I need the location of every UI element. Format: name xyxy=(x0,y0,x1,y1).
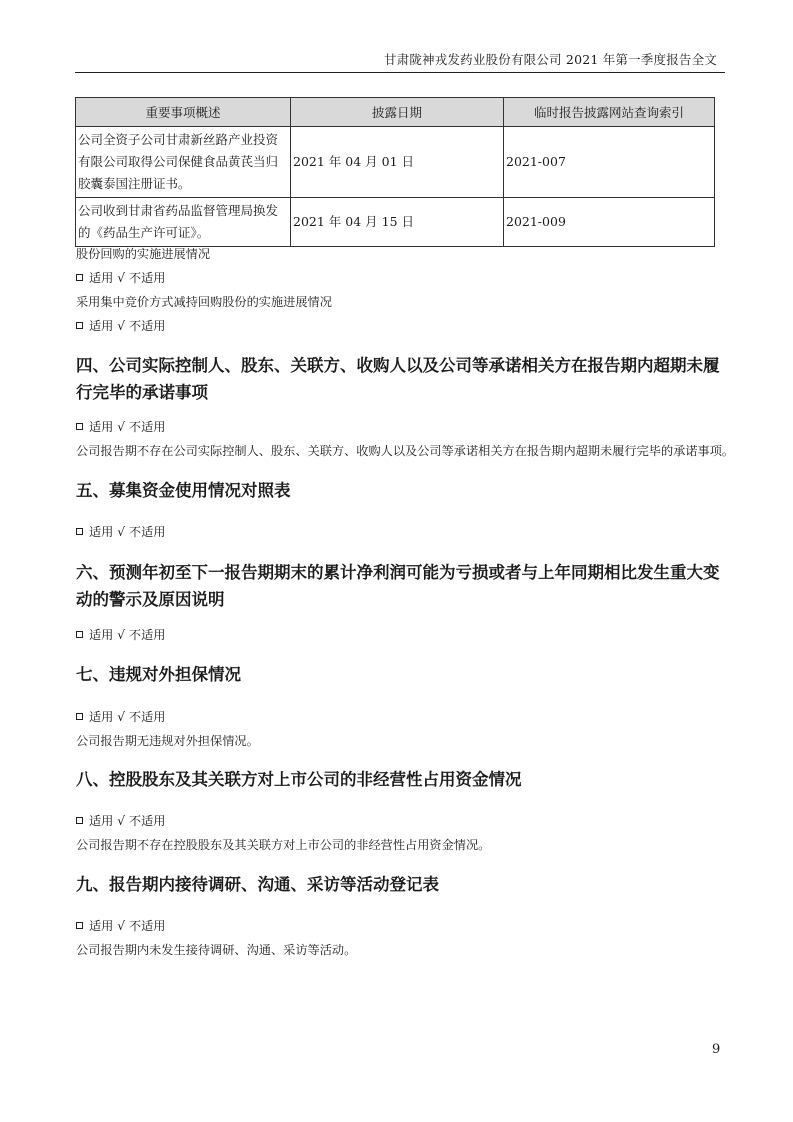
check-mark-icon: √ xyxy=(117,710,125,724)
checkbox-icon xyxy=(76,528,83,535)
checkbox-icon xyxy=(76,713,83,720)
table-row: 公司收到甘肃省药品监督管理局换发的《药品生产许可证》。 2021 年 04 月 … xyxy=(76,198,715,247)
table-row: 公司全资子公司甘肃新丝路产业投资有限公司取得公司保健食品黄芪当归胶囊泰国注册证书… xyxy=(76,127,715,198)
check-mark-icon: √ xyxy=(117,525,125,539)
table-header-row: 重要事项概述 披露日期 临时报告披露网站查询索引 xyxy=(76,98,715,127)
buyback-progress-label: 股份回购的实施进展情况 xyxy=(76,245,210,262)
page-number: 9 xyxy=(712,1042,720,1057)
section-heading-9: 九、报告期内接待调研、沟通、采访等活动登记表 xyxy=(76,871,726,898)
reduce-buyback-progress-label: 采用集中竞价方式减持回购股份的实施进展情况 xyxy=(76,293,332,310)
page-header-title: 甘肃陇神戎发药业股份有限公司 2021 年第一季度报告全文 xyxy=(384,50,717,68)
section-heading-8: 八、控股股东及其关联方对上市公司的非经营性占用资金情况 xyxy=(76,766,726,793)
cell-date: 2021 年 04 月 15 日 xyxy=(291,198,504,247)
column-header-index: 临时报告披露网站查询索引 xyxy=(504,98,715,127)
checkbox-icon xyxy=(76,322,83,329)
check-mark-icon: √ xyxy=(117,319,125,333)
applicability-row: 适用 √ 不适用 xyxy=(76,708,165,725)
checkbox-icon xyxy=(76,274,83,281)
check-mark-icon: √ xyxy=(117,271,125,285)
header-rule xyxy=(75,72,725,73)
section-heading-5: 五、募集资金使用情况对照表 xyxy=(76,477,726,504)
column-header-date: 披露日期 xyxy=(291,98,504,127)
checkbox-icon xyxy=(76,423,83,430)
applicability-row: 适用 √ 不适用 xyxy=(76,269,165,286)
checkbox-icon xyxy=(76,817,83,824)
applicability-row: 适用 √ 不适用 xyxy=(76,812,165,829)
checkbox-icon xyxy=(76,922,83,929)
section-heading-7: 七、违规对外担保情况 xyxy=(76,661,726,688)
cell-index: 2021-009 xyxy=(504,198,715,247)
section-note-4: 公司报告期不存在公司实际控制人、股东、关联方、收购人以及公司等承诺相关方在报告期… xyxy=(76,442,734,459)
section-note-7: 公司报告期无违规对外担保情况。 xyxy=(76,732,259,749)
major-events-table: 重要事项概述 披露日期 临时报告披露网站查询索引 公司全资子公司甘肃新丝路产业投… xyxy=(75,97,715,247)
applicability-row: 适用 √ 不适用 xyxy=(76,418,165,435)
applicability-row: 适用 √ 不适用 xyxy=(76,626,165,643)
check-mark-icon: √ xyxy=(117,814,125,828)
applicability-row: 适用 √ 不适用 xyxy=(76,917,165,934)
section-note-8: 公司报告期不存在控股股东及其关联方对上市公司的非经营性占用资金情况。 xyxy=(76,836,490,853)
applicability-row: 适用 √ 不适用 xyxy=(76,523,165,540)
cell-index: 2021-007 xyxy=(504,127,715,198)
section-note-9: 公司报告期内未发生接待调研、沟通、采访等活动。 xyxy=(76,941,356,958)
section-heading-6: 六、预测年初至下一报告期期末的累计净利润可能为亏损或者与上年同期相比发生重大变动… xyxy=(76,559,726,613)
cell-summary: 公司全资子公司甘肃新丝路产业投资有限公司取得公司保健食品黄芪当归胶囊泰国注册证书… xyxy=(76,127,291,198)
cell-date: 2021 年 04 月 01 日 xyxy=(291,127,504,198)
section-heading-4: 四、公司实际控制人、股东、关联方、收购人以及公司等承诺相关方在报告期内超期未履行… xyxy=(76,352,726,406)
checkbox-icon xyxy=(76,631,83,638)
check-mark-icon: √ xyxy=(117,420,125,434)
cell-summary: 公司收到甘肃省药品监督管理局换发的《药品生产许可证》。 xyxy=(76,198,291,247)
applicability-row: 适用 √ 不适用 xyxy=(76,317,165,334)
check-mark-icon: √ xyxy=(117,628,125,642)
column-header-summary: 重要事项概述 xyxy=(76,98,291,127)
check-mark-icon: √ xyxy=(117,919,125,933)
